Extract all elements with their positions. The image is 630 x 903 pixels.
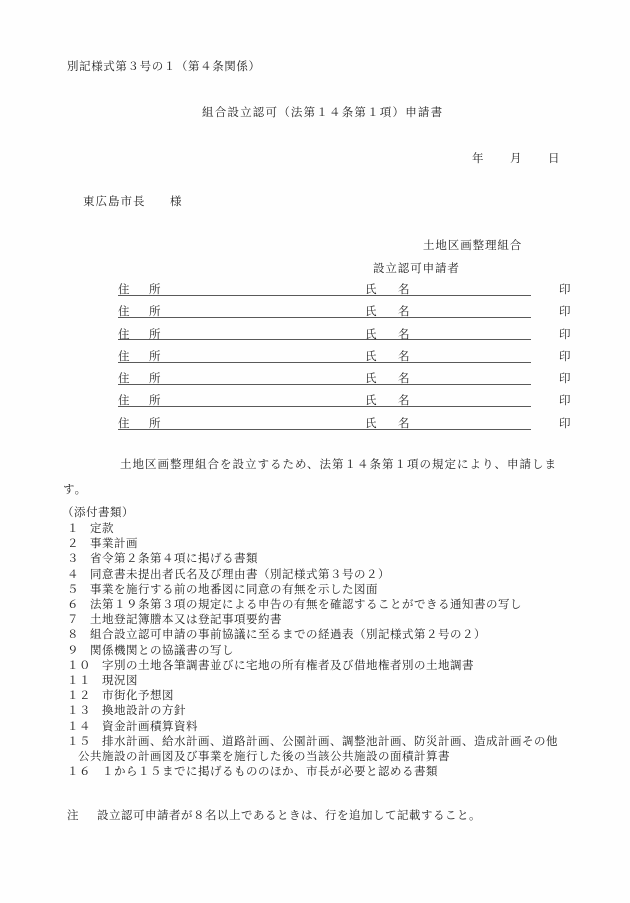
- item-number: ７: [67, 612, 79, 627]
- attachments-list: １定款 ２事業計画 ３省令第２条第４項に掲げる書類 ４同意書未提出者氏名及び理由…: [67, 521, 623, 779]
- attachments-heading: （添付書類）: [62, 505, 134, 520]
- signer-row: 住 所 氏 名 印: [0, 369, 630, 391]
- signature-underline: [118, 295, 531, 296]
- year-label: 年: [472, 151, 484, 166]
- attachment-item-continuation: 公共施設の計画図及び事業を施行した後の当該公共施設の面積計算書: [78, 749, 623, 764]
- address-label: 住 所: [118, 282, 165, 297]
- seal-label: 印: [559, 282, 571, 297]
- attachment-item: １１現況図: [67, 673, 623, 688]
- body-paragraph-line-2: す。: [63, 482, 87, 497]
- attachment-item: １４資金計画積算資料: [67, 719, 623, 734]
- signature-underline: [118, 429, 531, 430]
- item-text: 市街化予想図: [102, 688, 174, 702]
- attachment-item: ８組合設立認可申請の事前協議に至るまでの経過表（別記様式第２号の２）: [67, 627, 623, 642]
- signer-rows: 住 所 氏 名 印 住 所 氏 名 印 住 所 氏 名 印 住 所 氏 名 印 …: [0, 280, 630, 436]
- seal-label: 印: [559, 393, 571, 408]
- form-number: 別記様式第３号の１（第４条関係）: [67, 59, 261, 74]
- name-label: 氏 名: [365, 349, 415, 364]
- item-number: ９: [67, 643, 79, 658]
- item-number: ８: [67, 627, 79, 642]
- attachment-item: １５排水計画、給水計画、道路計画、公園計画、調整池計画、防災計画、造成計画その他: [67, 734, 623, 749]
- item-number: ６: [67, 597, 79, 612]
- item-number: １１: [67, 673, 91, 688]
- item-text: 事業計画: [90, 536, 138, 550]
- item-text: 組合設立認可申請の事前協議に至るまでの経過表（別記様式第２号の２）: [90, 627, 486, 641]
- body-paragraph-line-1: 土地区画整理組合を設立するため、法第１４条第１項の規定により、申請しま: [120, 457, 557, 472]
- seal-label: 印: [559, 416, 571, 431]
- seal-label: 印: [559, 349, 571, 364]
- item-text: 現況図: [102, 673, 138, 687]
- name-label: 氏 名: [365, 327, 415, 342]
- signer-row: 住 所 氏 名 印: [0, 302, 630, 324]
- item-text: 資金計画積算資料: [102, 719, 198, 733]
- item-number: １３: [67, 703, 91, 718]
- item-text: １から１５までに掲げるもののほか、市長が必要と認める書類: [102, 764, 438, 778]
- addressee-honorific: 様: [170, 194, 182, 209]
- attachment-item: ２事業計画: [67, 536, 623, 551]
- day-label: 日: [548, 151, 560, 166]
- item-number: ５: [67, 582, 79, 597]
- attachment-item: ４同意書未提出者氏名及び理由書（別記様式第３号の２）: [67, 567, 623, 582]
- month-label: 月: [510, 151, 522, 166]
- item-text: 同意書未提出者氏名及び理由書（別記様式第３号の２）: [90, 567, 390, 581]
- address-label: 住 所: [118, 371, 165, 386]
- address-label: 住 所: [118, 349, 165, 364]
- attachment-item: １２市街化予想図: [67, 688, 623, 703]
- item-number: １: [67, 521, 79, 536]
- org-name-label: 土地区画整理組合: [423, 238, 522, 253]
- name-label: 氏 名: [365, 393, 415, 408]
- address-label: 住 所: [118, 327, 165, 342]
- name-label: 氏 名: [365, 282, 415, 297]
- item-number: １６: [67, 764, 91, 779]
- document-page: 別記様式第３号の１（第４条関係） 組合設立認可（法第１４条第１項）申請書 年 月…: [0, 0, 630, 903]
- signature-underline: [118, 406, 531, 407]
- item-text: 事業を施行する前の地番図に同意の有無を示した図面: [90, 582, 378, 596]
- attachment-item: ９関係機関との協議書の写し: [67, 643, 623, 658]
- note-label: 注: [67, 808, 79, 822]
- address-label: 住 所: [118, 304, 165, 319]
- attachment-item: ６法第１９条第３項の規定による申告の有無を確認することができる通知書の写し: [67, 597, 623, 612]
- name-label: 氏 名: [365, 304, 415, 319]
- item-number: ４: [67, 567, 79, 582]
- applicant-heading: 設立認可申請者: [373, 261, 460, 276]
- signature-underline: [118, 339, 531, 340]
- item-number: ３: [67, 551, 79, 566]
- attachment-item: １６１から１５までに掲げるもののほか、市長が必要と認める書類: [67, 764, 623, 779]
- address-label: 住 所: [118, 416, 165, 431]
- seal-label: 印: [559, 371, 571, 386]
- item-number: １５: [67, 734, 91, 749]
- item-number: １０: [67, 658, 91, 673]
- item-text: 関係機関との協議書の写し: [90, 643, 234, 657]
- attachment-item: ５事業を施行する前の地番図に同意の有無を示した図面: [67, 582, 623, 597]
- note-text: 設立認可申請者が８名以上であるときは、行を追加して記載すること。: [97, 808, 481, 822]
- item-text: 土地登記簿謄本又は登記事項要約書: [90, 612, 282, 626]
- item-text: 定款: [90, 521, 114, 535]
- seal-label: 印: [559, 327, 571, 342]
- item-text: 省令第２条第４項に掲げる書類: [90, 551, 258, 565]
- signature-underline: [118, 317, 531, 318]
- attachment-item: １定款: [67, 521, 623, 536]
- footnote: 注設立認可申請者が８名以上であるときは、行を追加して記載すること。: [67, 808, 481, 823]
- document-title: 組合設立認可（法第１４条第１項）申請書: [202, 105, 443, 120]
- signature-underline: [118, 362, 531, 363]
- addressee-name: 東広島市長: [83, 194, 146, 209]
- item-text: 排水計画、給水計画、道路計画、公園計画、調整池計画、防災計画、造成計画その他: [102, 734, 558, 748]
- seal-label: 印: [559, 304, 571, 319]
- signer-row: 住 所 氏 名 印: [0, 280, 630, 302]
- name-label: 氏 名: [365, 371, 415, 386]
- signer-row: 住 所 氏 名 印: [0, 391, 630, 413]
- attachment-item: ７土地登記簿謄本又は登記事項要約書: [67, 612, 623, 627]
- attachment-item: １３換地設計の方針: [67, 703, 623, 718]
- address-label: 住 所: [118, 393, 165, 408]
- signer-row: 住 所 氏 名 印: [0, 347, 630, 369]
- item-text: 字別の土地各筆調書並びに宅地の所有権者及び借地権者別の土地調書: [102, 658, 474, 672]
- signer-row: 住 所 氏 名 印: [0, 414, 630, 436]
- item-number: １２: [67, 688, 91, 703]
- item-text: 換地設計の方針: [102, 703, 186, 717]
- signature-underline: [118, 384, 531, 385]
- signer-row: 住 所 氏 名 印: [0, 325, 630, 347]
- name-label: 氏 名: [365, 416, 415, 431]
- attachment-item: １０字別の土地各筆調書並びに宅地の所有権者及び借地権者別の土地調書: [67, 658, 623, 673]
- item-text: 法第１９条第３項の規定による申告の有無を確認することができる通知書の写し: [90, 597, 522, 611]
- item-number: １４: [67, 719, 91, 734]
- item-number: ２: [67, 536, 79, 551]
- attachment-item: ３省令第２条第４項に掲げる書類: [67, 551, 623, 566]
